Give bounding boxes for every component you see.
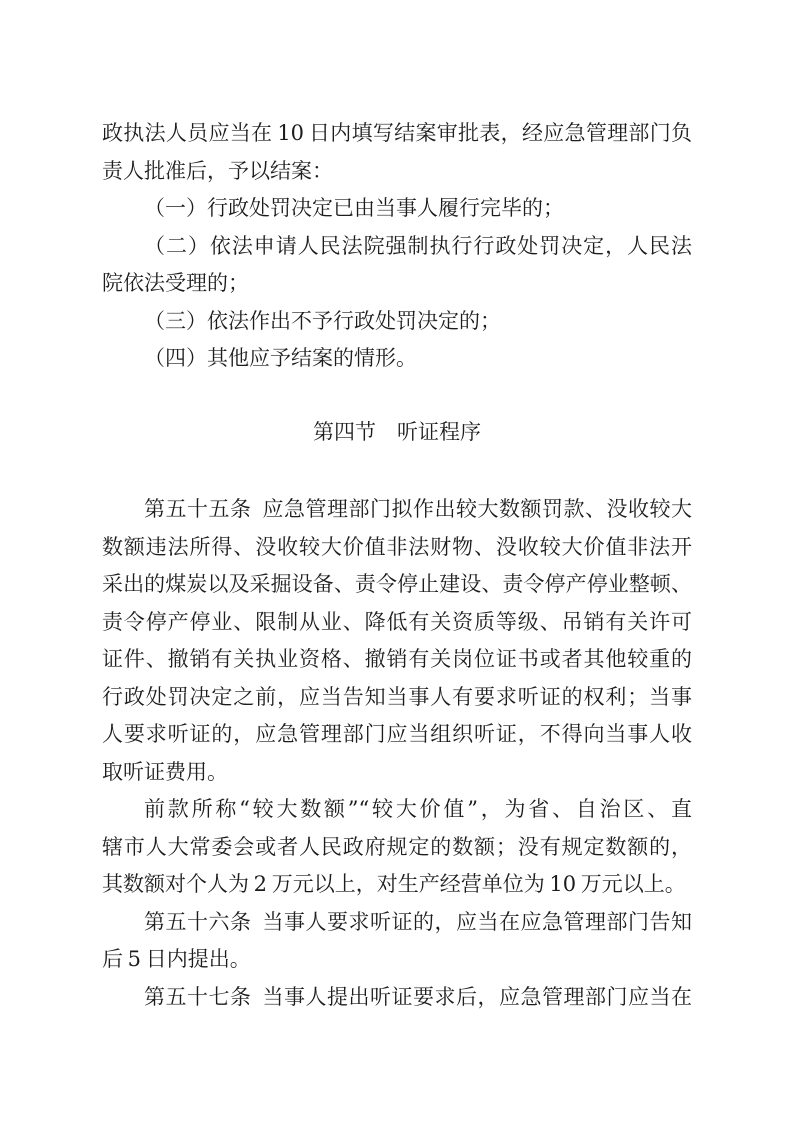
text-line: 政执法人员应当在 10 日内填写结案审批表，经应急管理部门负: [102, 115, 692, 153]
text-line: 责令停产停业、限制从业、降低有关资质等级、吊销有关许可: [102, 604, 692, 642]
text-line: 采出的煤炭以及采掘设备、责令停止建设、责令停产停业整顿、: [102, 566, 692, 604]
text-line: 第五十七条 当事人提出听证要求后，应急管理部门应当在: [102, 979, 692, 1017]
text-line: 其数额对个人为 2 万元以上，对生产经营单位为 10 万元以上。: [102, 866, 692, 904]
case-closure-item-1: （一）行政处罚决定已由当事人履行完毕的；: [102, 190, 692, 228]
document-content: 政执法人员应当在 10 日内填写结案审批表，经应急管理部门负责人批准后，予以结案…: [102, 115, 692, 1016]
case-closure-item-4: （四）其他应予结案的情形。: [102, 340, 692, 378]
text-line: 第五十六条 当事人要求听证的，应当在应急管理部门告知: [102, 904, 692, 942]
document-page: 政执法人员应当在 10 日内填写结案审批表，经应急管理部门负责人批准后，予以结案…: [0, 0, 793, 1122]
case-closure-item-2: （二）依法申请人民法院强制执行行政处罚决定，人民法院依法受理的；: [102, 228, 692, 303]
text-line: 后 5 日内提出。: [102, 941, 692, 979]
text-line: （三）依法作出不予行政处罚决定的；: [102, 303, 692, 341]
text-line: 取听证费用。: [102, 754, 692, 792]
text-line: 责人批准后，予以结案：: [102, 153, 692, 191]
text-line: 证件、撤销有关执业资格、撤销有关岗位证书或者其他较重的: [102, 641, 692, 679]
text-line: 第五十五条 应急管理部门拟作出较大数额罚款、没收较大: [102, 491, 692, 529]
text-line: （四）其他应予结案的情形。: [102, 340, 692, 378]
article-56: 第五十六条 当事人要求听证的，应当在应急管理部门告知后 5 日内提出。: [102, 904, 692, 979]
article-57-continuing: 第五十七条 当事人提出听证要求后，应急管理部门应当在: [102, 979, 692, 1017]
text-line: 行政处罚决定之前，应当告知当事人有要求听证的权利；当事: [102, 679, 692, 717]
text-line: （二）依法申请人民法院强制执行行政处罚决定，人民法: [102, 228, 692, 266]
article-55-para-1: 第五十五条 应急管理部门拟作出较大数额罚款、没收较大数额违法所得、没收较大价值非…: [102, 491, 692, 791]
text-line: 院依法受理的；: [102, 265, 692, 303]
continued-paragraph-case-closure: 政执法人员应当在 10 日内填写结案审批表，经应急管理部门负责人批准后，予以结案…: [102, 115, 692, 190]
section-heading: 第四节 听证程序: [102, 414, 692, 452]
text-line: 人要求听证的，应急管理部门应当组织听证，不得向当事人收: [102, 716, 692, 754]
text-line: （一）行政处罚决定已由当事人履行完毕的；: [102, 190, 692, 228]
text-line: 数额违法所得、没收较大价值非法财物、没收较大价值非法开: [102, 529, 692, 567]
text-line: 前款所称“较大数额”“较大价值”，为省、自治区、直: [102, 791, 692, 829]
case-closure-item-3: （三）依法作出不予行政处罚决定的；: [102, 303, 692, 341]
text-line: 辖市人大常委会或者人民政府规定的数额；没有规定数额的，: [102, 829, 692, 867]
article-55-para-2: 前款所称“较大数额”“较大价值”，为省、自治区、直辖市人大常委会或者人民政府规定…: [102, 791, 692, 904]
